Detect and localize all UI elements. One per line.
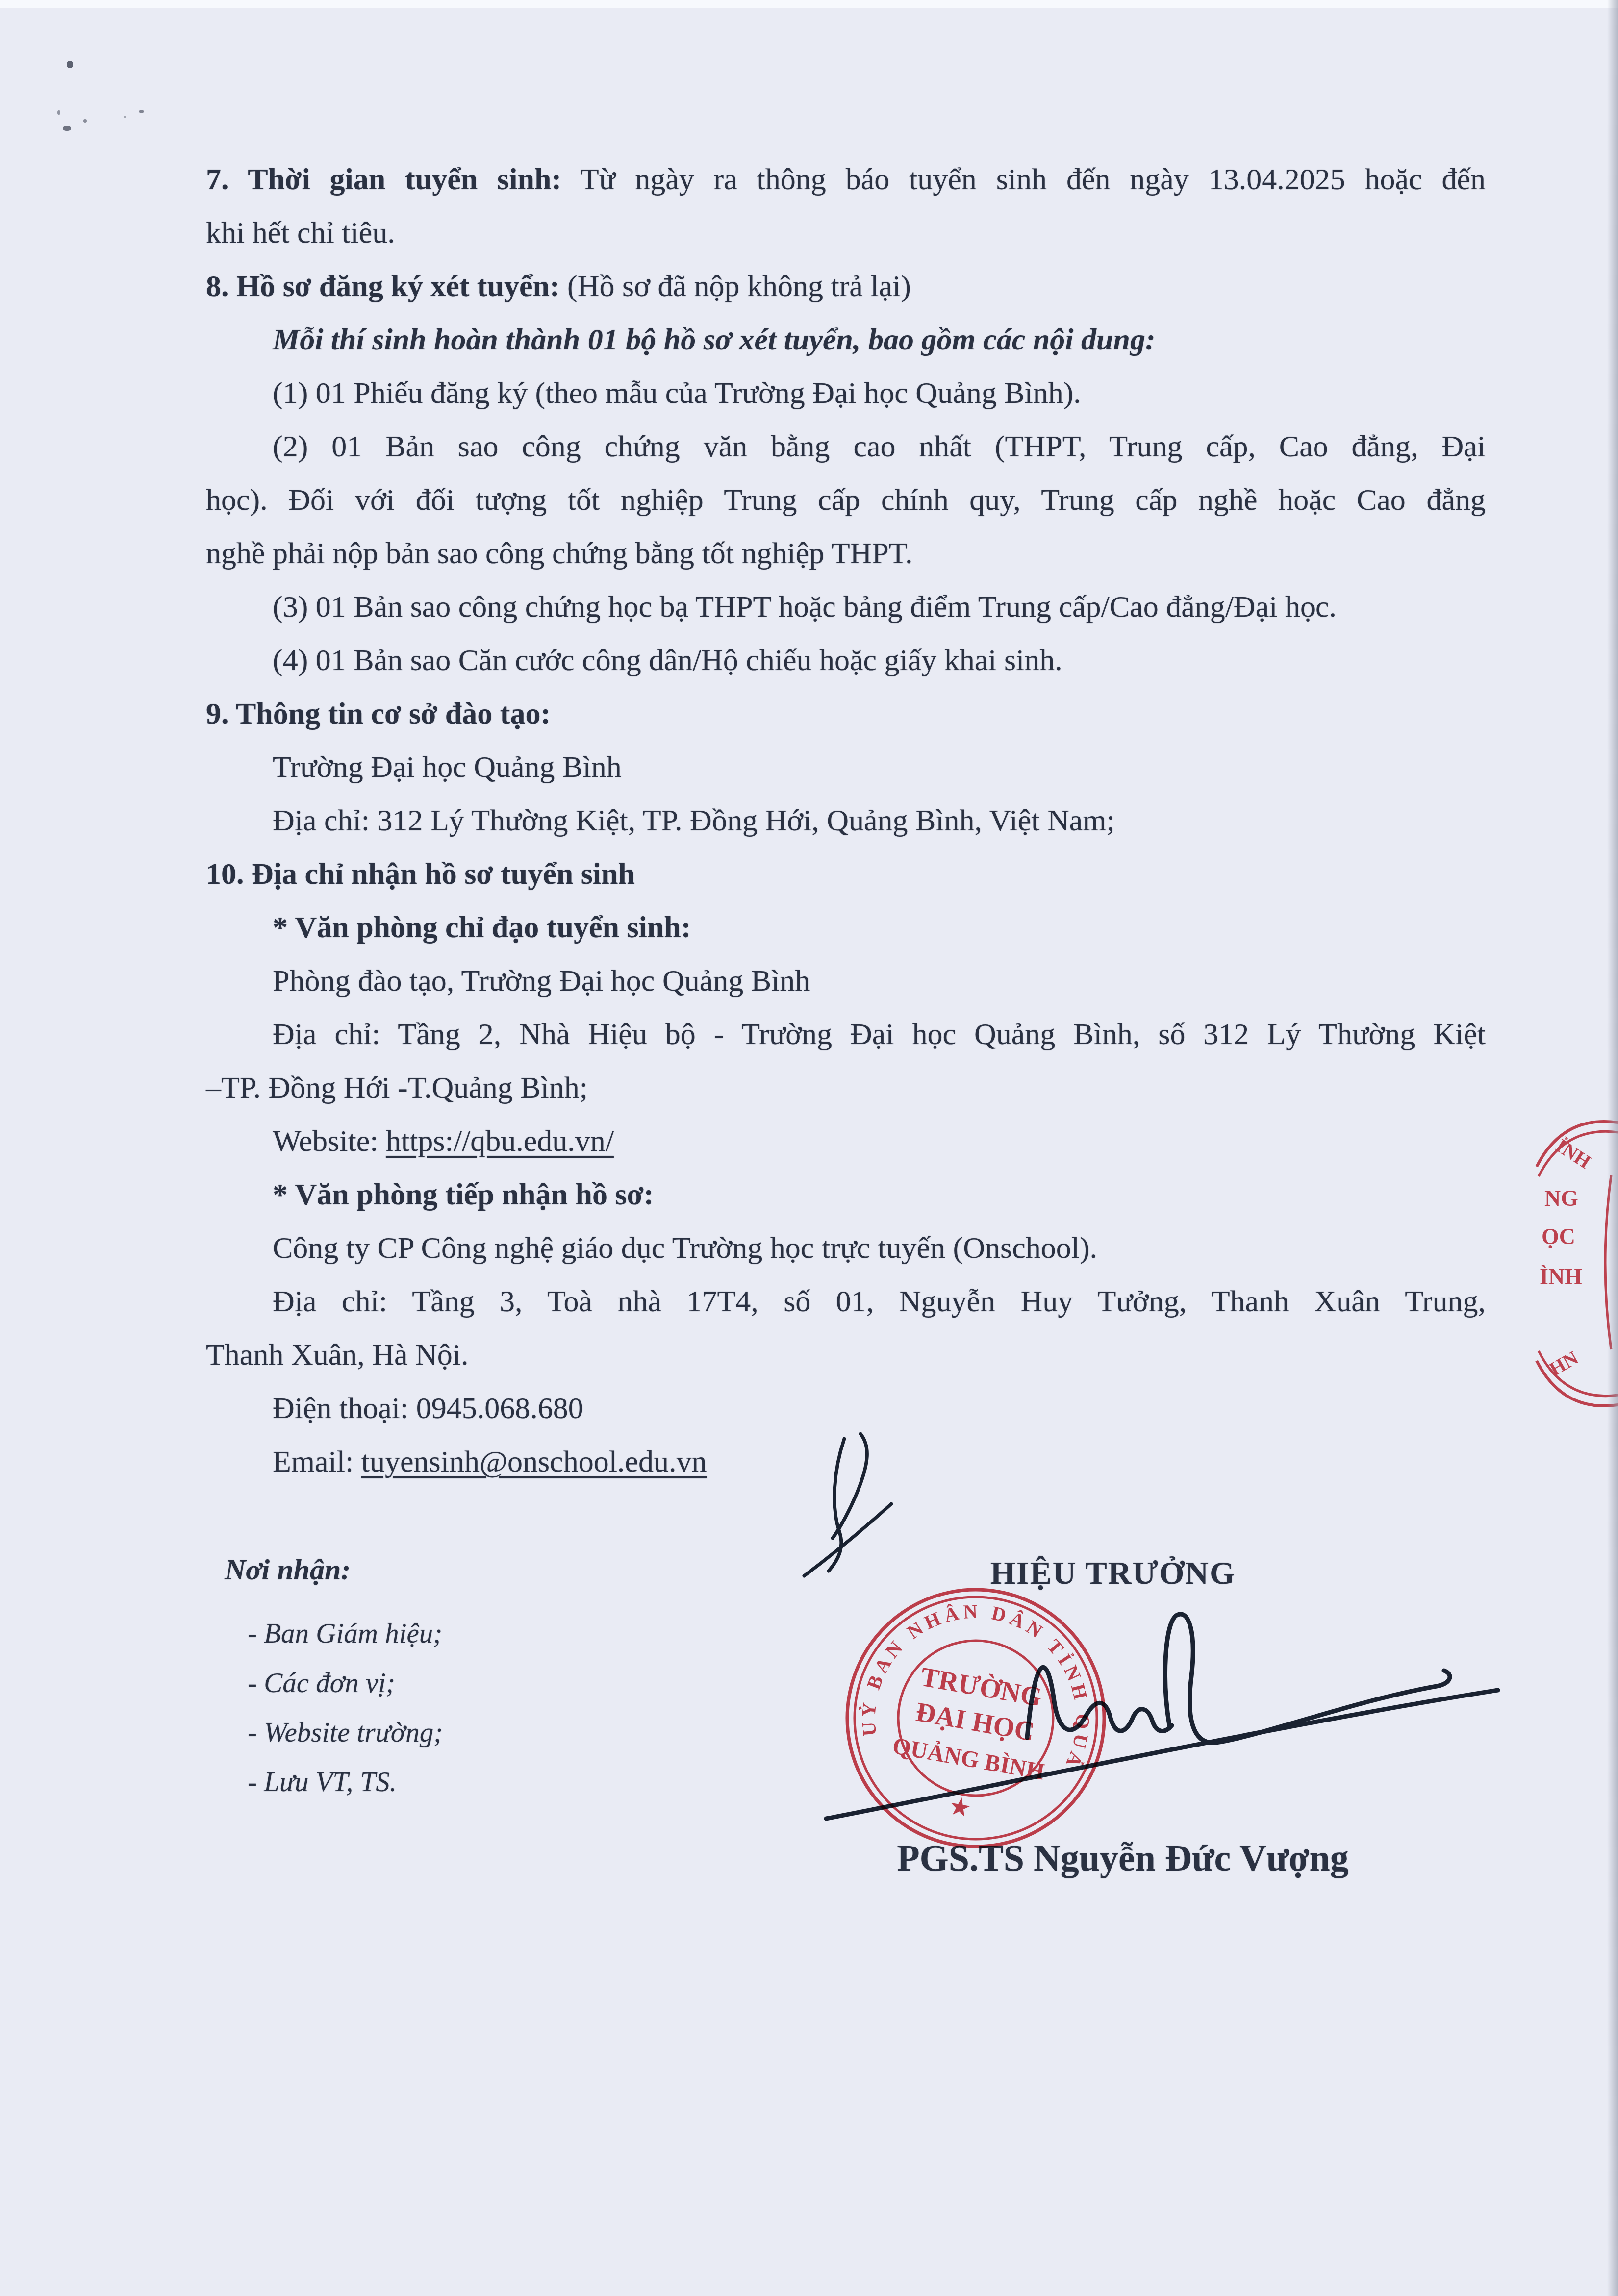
edge-seal-frag2: ỌC	[1542, 1224, 1575, 1249]
line-office1-heading: * Văn phòng chỉ đạo tuyển sinh:	[206, 901, 1486, 954]
recipients-title: Nơi nhận:	[225, 1553, 351, 1587]
website-link: https://qbu.edu.vn/	[386, 1124, 614, 1158]
line-office1-address-a: Địa chỉ: Tầng 2, Nhà Hiệu bộ - Trường Đạ…	[206, 1008, 1486, 1061]
line-office2-address-b: Thanh Xuân, Hà Nội.	[206, 1328, 1486, 1382]
document-body: 7. Thời gian tuyển sinh: Từ ngày ra thôn…	[206, 153, 1486, 1489]
line-office2-address-a: Địa chỉ: Tầng 3, Toà nhà 17T4, số 01, Ng…	[206, 1275, 1486, 1328]
email-label: Email:	[273, 1445, 361, 1478]
signature-handwriting	[784, 1583, 1520, 1838]
line-office2-heading: * Văn phòng tiếp nhận hồ sơ:	[206, 1168, 1486, 1222]
scan-speck	[124, 116, 126, 118]
scan-speck	[83, 119, 87, 123]
edge-seal-frag1: NG	[1544, 1186, 1578, 1211]
line-item4: (4) 01 Bản sao Căn cước công dân/Hộ chiế…	[206, 634, 1486, 687]
edge-seal-frag-top: ỈNH	[1552, 1134, 1595, 1173]
line-website: Website: https://qbu.edu.vn/	[206, 1115, 1486, 1168]
line-section7: 7. Thời gian tuyển sinh: Từ ngày ra thôn…	[206, 153, 1486, 206]
scan-edge-right	[1607, 0, 1618, 2296]
edge-seal-fragment: ỈNH NG ỌC ÌNH HN	[1534, 1102, 1618, 1425]
line-dossier-intro: Mỗi thí sinh hoàn thành 01 bộ hồ sơ xét …	[206, 313, 1486, 367]
pen-flourish-graphic	[784, 1417, 932, 1583]
scan-speck	[67, 61, 73, 68]
line-university-name: Trường Đại học Quảng Bình	[206, 741, 1486, 794]
line-office1-name: Phòng đào tạo, Trường Đại học Quảng Bình	[206, 954, 1486, 1008]
edge-seal-frag-bottom: HN	[1545, 1347, 1582, 1380]
recipient-item: - Ban Giám hiệu;	[248, 1609, 443, 1658]
edge-seal-frag3: ÌNH	[1540, 1264, 1582, 1289]
section7-heading: 7. Thời gian tuyển sinh:	[206, 163, 561, 196]
scan-speck	[139, 110, 144, 113]
line-office2-name: Công ty CP Công nghệ giáo dục Trường học…	[206, 1222, 1486, 1275]
scan-speck	[63, 126, 71, 131]
scan-edge-top	[0, 0, 1618, 8]
recipient-item: - Lưu VT, TS.	[248, 1757, 443, 1807]
signature-graphic	[784, 1583, 1520, 1838]
line-item2b: học). Đối với đối tượng tốt nghiệp Trung…	[206, 474, 1486, 527]
section8-note: (Hồ sơ đã nộp không trả lại)	[560, 270, 911, 303]
line-section7-cont: khi hết chỉ tiêu.	[206, 206, 1486, 260]
line-office1-address-b: –TP. Đồng Hới -T.Quảng Bình;	[206, 1061, 1486, 1115]
line-item2a: (2) 01 Bản sao công chứng văn bằng cao n…	[206, 420, 1486, 474]
email-link: tuyensinh@onschool.edu.vn	[361, 1445, 707, 1478]
line-university-address: Địa chỉ: 312 Lý Thường Kiệt, TP. Đồng Hớ…	[206, 794, 1486, 848]
pen-flourish-mark	[784, 1417, 932, 1583]
signer-name: PGS.TS Nguyễn Đức Vượng	[834, 1837, 1412, 1880]
section8-heading: 8. Hồ sơ đăng ký xét tuyển:	[206, 270, 560, 303]
recipient-item: - Website trường;	[248, 1708, 443, 1757]
line-section8: 8. Hồ sơ đăng ký xét tuyển: (Hồ sơ đã nộ…	[206, 260, 1486, 313]
line-item3: (3) 01 Bản sao công chứng học bạ THPT ho…	[206, 580, 1486, 634]
website-label: Website:	[273, 1124, 386, 1158]
line-section9: 9. Thông tin cơ sở đào tạo:	[206, 687, 1486, 741]
section7-text: Từ ngày ra thông báo tuyển sinh đến ngày…	[561, 163, 1486, 196]
line-item2c: nghề phải nộp bản sao công chứng bằng tố…	[206, 527, 1486, 580]
scanned-document-page: 7. Thời gian tuyển sinh: Từ ngày ra thôn…	[0, 0, 1618, 2296]
recipients-list: - Ban Giám hiệu; - Các đơn vị; - Website…	[248, 1609, 443, 1807]
edge-seal-graphic: ỈNH NG ỌC ÌNH HN	[1534, 1102, 1618, 1425]
line-item1: (1) 01 Phiếu đăng ký (theo mẫu của Trườn…	[206, 367, 1486, 420]
scan-speck	[57, 110, 60, 115]
recipient-item: - Các đơn vị;	[248, 1658, 443, 1708]
line-section10: 10. Địa chỉ nhận hồ sơ tuyển sinh	[206, 848, 1486, 901]
